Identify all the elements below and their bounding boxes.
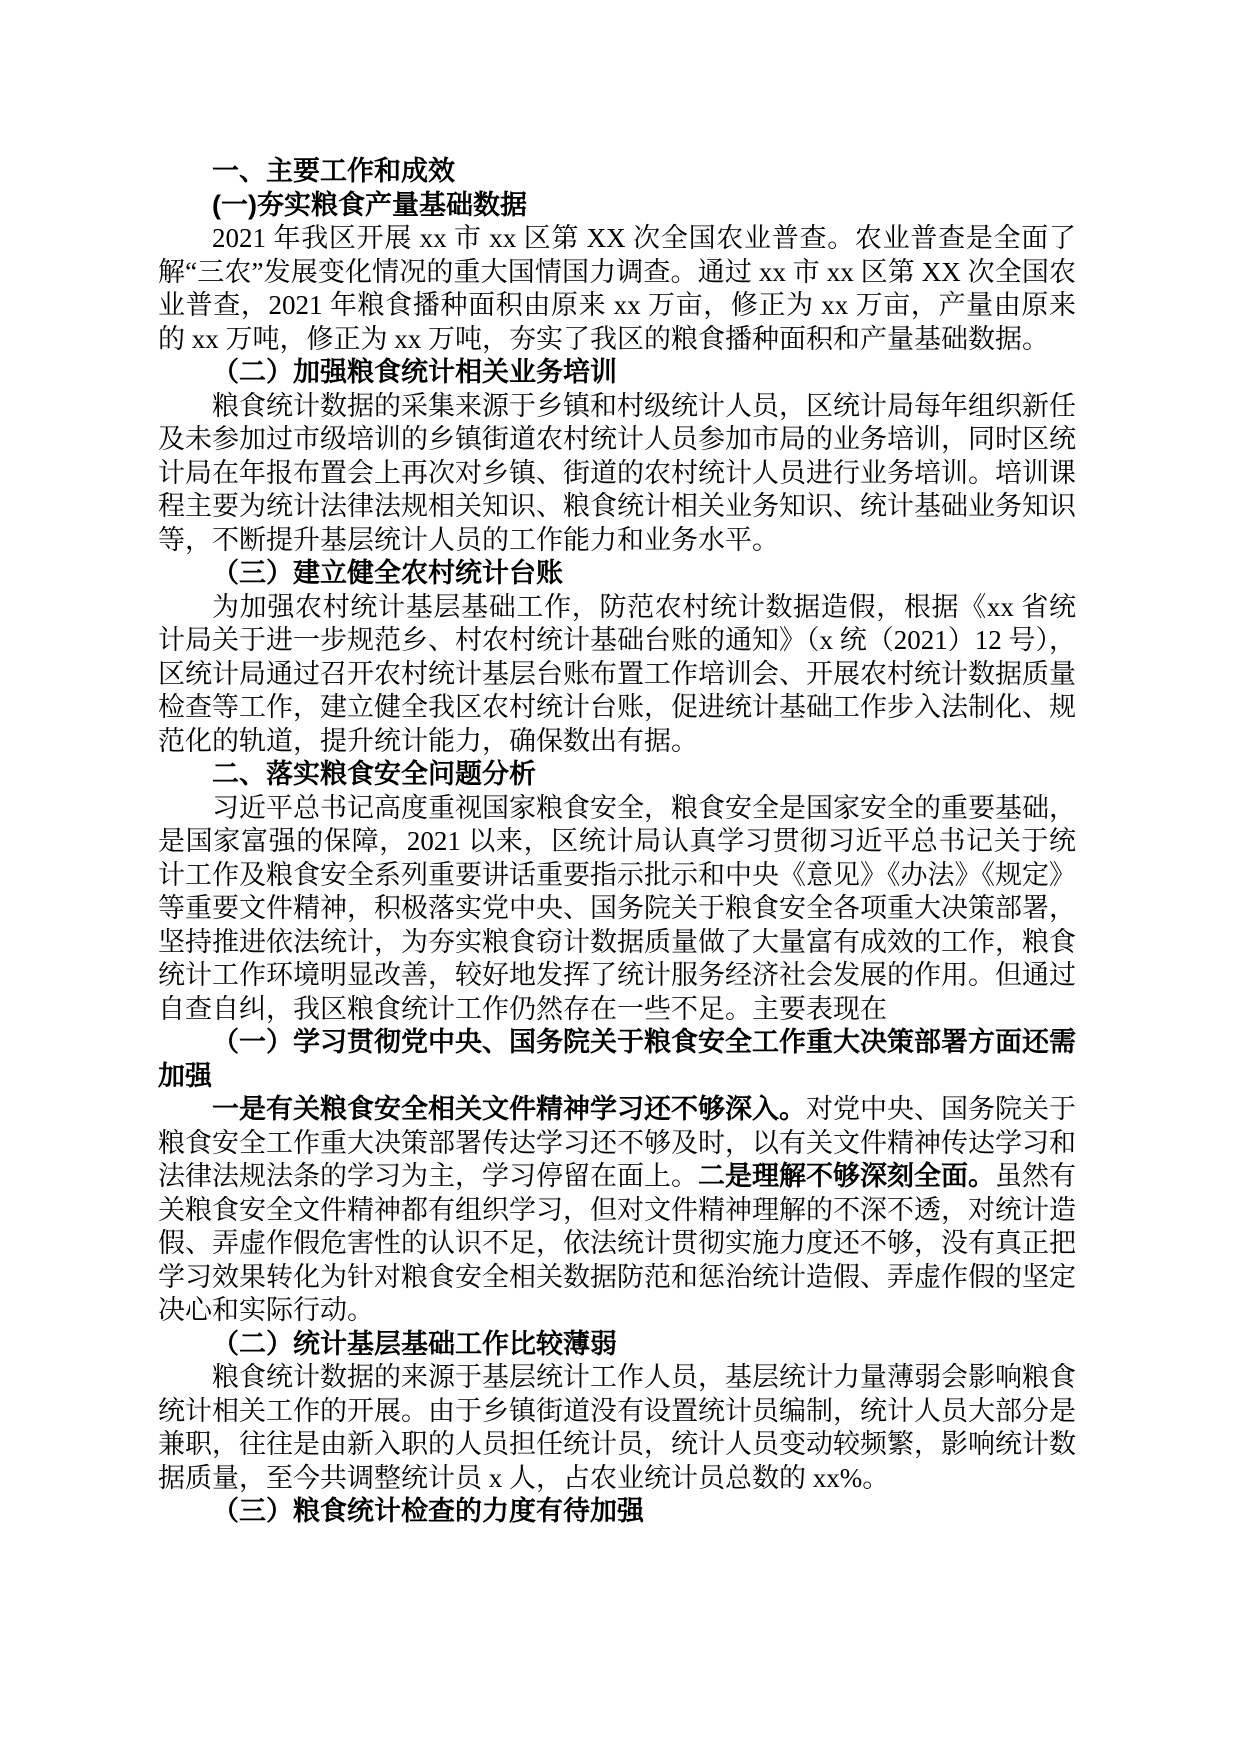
- paragraph-2-1: 一是有关粮食安全相关文件精神学习还不够深入。对党中央、国务院关于粮食安全工作重大…: [158, 1093, 1076, 1328]
- bold-run-2: 二是理解不够深刻全面。: [698, 1161, 995, 1191]
- heading-1-3: （三）建立健全农村统计台账: [158, 557, 1076, 591]
- heading-1-2: （二）加强粮食统计相关业务培训: [158, 356, 1076, 390]
- paragraph-1-2: 粮食统计数据的采集来源于乡镇和村级统计人员，区统计局每年组织新任及未参加过市级培…: [158, 390, 1076, 558]
- paragraph-1-3: 为加强农村统计基层基础工作，防范农村统计数据造假，根据《xx 省统计局关于进一步…: [158, 591, 1076, 759]
- heading-1-1: (一)夯实粮食产量基础数据: [158, 189, 1076, 223]
- paragraph-1-1: 2021 年我区开展 xx 市 xx 区第 XX 次全国农业普查。农业普查是全面…: [158, 222, 1076, 356]
- paragraph-2-2: 粮食统计数据的来源于基层统计工作人员，基层统计力量薄弱会影响粮食统计相关工作的开…: [158, 1361, 1076, 1495]
- document-page: 一、主要工作和成效 (一)夯实粮食产量基础数据 2021 年我区开展 xx 市 …: [0, 0, 1240, 1754]
- heading-section-2: 二、落实粮食安全问题分析: [158, 758, 1076, 792]
- heading-2-2: （二）统计基层基础工作比较薄弱: [158, 1328, 1076, 1362]
- heading-section-1: 一、主要工作和成效: [158, 155, 1076, 189]
- bold-run-1: 一是有关粮食安全相关文件精神学习还不够深入。: [212, 1094, 806, 1124]
- paragraph-2-intro: 习近平总书记高度重视国家粮食安全，粮食安全是国家安全的重要基础，是国家富强的保障…: [158, 792, 1076, 1027]
- heading-2-1: （一）学习贯彻党中央、国务院关于粮食安全工作重大决策部署方面还需加强: [158, 1026, 1076, 1093]
- heading-2-3: （三）粮食统计检查的力度有待加强: [158, 1495, 1076, 1529]
